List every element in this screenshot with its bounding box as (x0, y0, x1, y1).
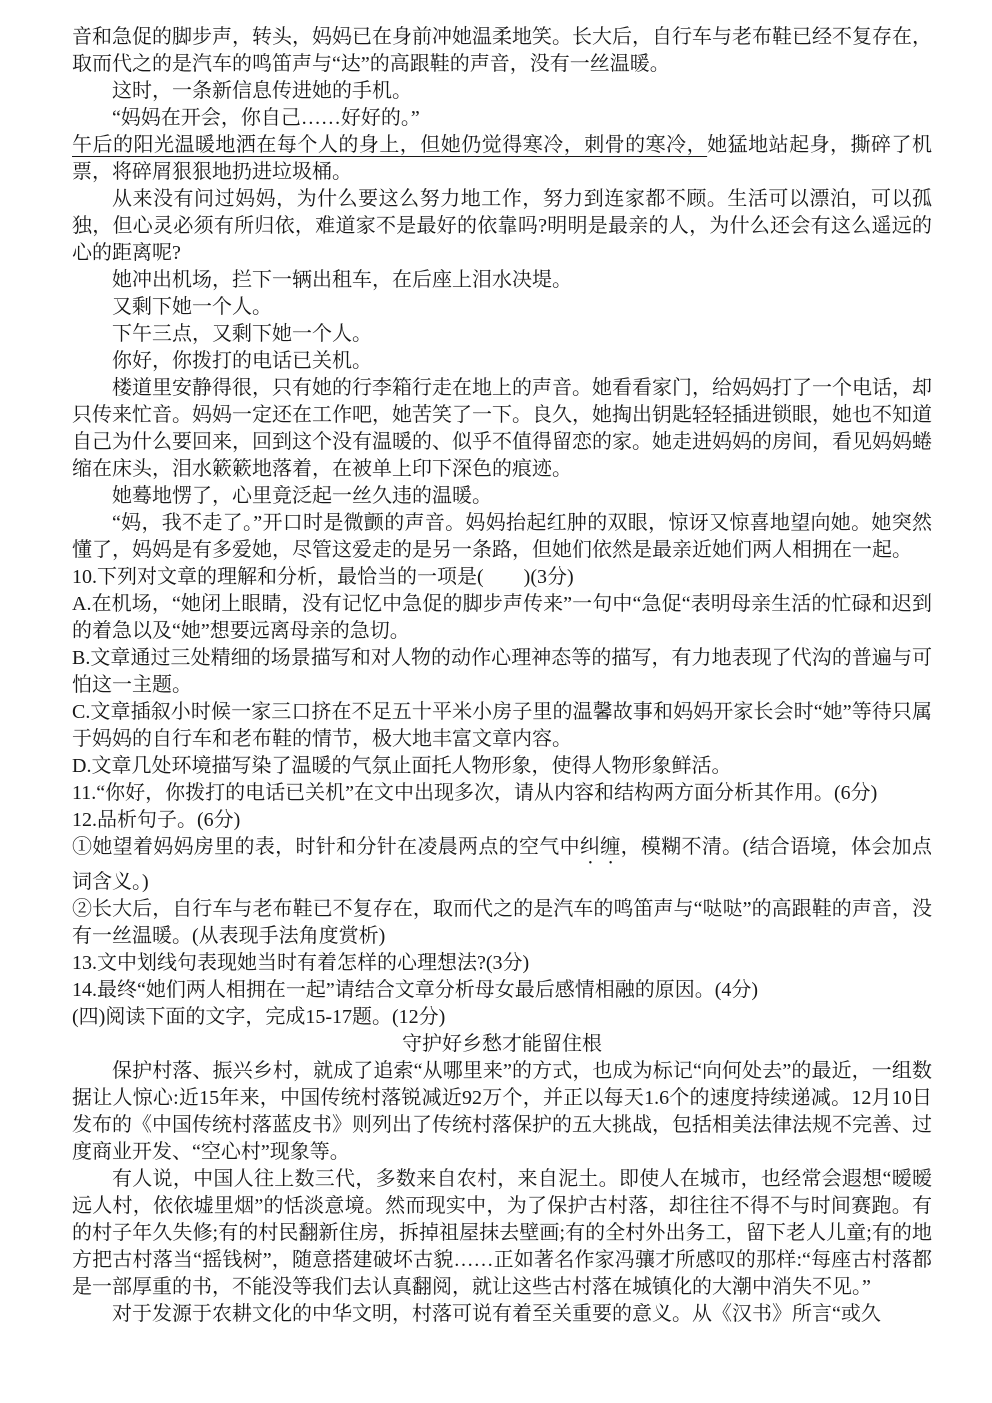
question-12: 12.品析句子。(6分) (72, 807, 932, 834)
question-13: 13.文中划线句表现她当时有着怎样的心理想法?(3分) (72, 950, 932, 977)
text-run: 楼道里安静得很，只有她的行李箱行走在地上的声音。她看看家门，给妈妈打了一个电话，… (72, 377, 932, 480)
text-run: 12.品析句子。(6分) (72, 809, 240, 831)
question-14: 14.最终“她们两人相拥在一起”请结合文章分析母女最后感情相融的原因。(4分) (72, 977, 932, 1004)
emphasized-word: 纠缠 (580, 836, 621, 858)
text-run: 下午三点，又剩下她一个人。 (112, 323, 372, 345)
text-run: A.在机场，“她闭上眼睛，没有记忆中急促的脚步声传来”一句中“急促“表明母亲生活… (72, 593, 932, 642)
body-paragraph: 对于发源于农耕文化的中华文明，村落可说有着至关重要的意义。从《汉书》所言“或久 (72, 1301, 932, 1328)
exam-page: 音和急促的脚步声，转头，妈妈已在身前冲她温柔地笑。长大后，自行车与老布鞋已经不复… (0, 0, 992, 1403)
body-paragraph-underlined: 午后的阳光温暖地洒在每个人的身上，但她仍觉得寒冷，刺骨的寒冷，她猛地站起身，撕碎… (72, 132, 932, 186)
text-run: 她冲出机场，拦下一辆出租车，在后座上泪水决堤。 (112, 269, 572, 291)
text-run: 13.文中划线句表现她当时有着怎样的心理想法?(3分) (72, 952, 529, 974)
body-paragraph: 楼道里安静得很，只有她的行李箱行走在地上的声音。她看看家门，给妈妈打了一个电话，… (72, 375, 932, 483)
body-paragraph: 这时，一条新信息传进她的手机。 (72, 78, 932, 105)
question-10: 10.下列对文章的理解和分析，最恰当的一项是( )(3分) (72, 564, 932, 591)
body-paragraph: 音和急促的脚步声，转头，妈妈已在身前冲她温柔地笑。长大后，自行车与老布鞋已经不复… (72, 24, 932, 78)
body-paragraph: 她冲出机场，拦下一辆出租车，在后座上泪水决堤。 (72, 267, 932, 294)
body-paragraph: 保护村落、振兴乡村，就成了追索“从哪里来”的方式，也成为标记“向何处去”的最近，… (72, 1058, 932, 1166)
option-c: C.文章插叙小时候一家三口挤在不足五十平米小房子里的温馨故事和妈妈开家长会时“她… (72, 699, 932, 753)
text-run: B.文章通过三处精细的场景描写和对人物的动作心理神态等的描写，有力地表现了代沟的… (72, 647, 932, 696)
document-body: 音和急促的脚步声，转头，妈妈已在身前冲她温柔地笑。长大后，自行车与老布鞋已经不复… (72, 24, 932, 1328)
text-run: 有人说，中国人往上数三代，多数来自农村，来自泥土。即使人在城市，也经常会遐想“暧… (72, 1168, 932, 1298)
body-paragraph: 下午三点，又剩下她一个人。 (72, 321, 932, 348)
option-d: D.文章几处环境描写染了温暖的气氛止面托人物形象，使得人物形象鲜活。 (72, 753, 932, 780)
text-run: 这时，一条新信息传进她的手机。 (112, 80, 412, 102)
section-4-instruction: (四)阅读下面的文字，完成15-17题。(12分) (72, 1004, 932, 1031)
text-run: 11.“你好，你拨打的电话已关机”在文中出现多次，请从内容和结构两方面分析其作用… (72, 782, 877, 804)
text-run: ①她望着妈妈房里的表，时针和分针在凌晨两点的空气中 (72, 836, 580, 858)
text-run: (四)阅读下面的文字，完成15-17题。(12分) (72, 1006, 445, 1028)
question-12-item-1: ①她望着妈妈房里的表，时针和分针在凌晨两点的空气中纠缠，模糊不清。(结合语境，体… (72, 834, 932, 896)
text-run: “妈，我不走了。”开口时是微颤的声音。妈妈抬起红肿的双眼，惊讶又惊喜地望向她。她… (72, 512, 932, 561)
text-run: D.文章几处环境描写染了温暖的气氛止面托人物形象，使得人物形象鲜活。 (72, 755, 731, 777)
question-12-item-2: ②长大后，自行车与老布鞋已不复存在，取而代之的是汽车的鸣笛声与“哒哒”的高跟鞋的… (72, 896, 932, 950)
text-run: ②长大后，自行车与老布鞋已不复存在，取而代之的是汽车的鸣笛声与“哒哒”的高跟鞋的… (72, 898, 932, 947)
text-run: 14.最终“她们两人相拥在一起”请结合文章分析母女最后感情相融的原因。(4分) (72, 979, 758, 1001)
text-run: 她蓦地愣了，心里竟泛起一丝久违的温暖。 (112, 485, 492, 507)
body-paragraph: “妈妈在开会，你自己……好好的。” (72, 105, 932, 132)
text-run: 你好，你拨打的电话已关机。 (112, 350, 372, 372)
text-run: 音和急促的脚步声，转头，妈妈已在身前冲她温柔地笑。长大后，自行车与老布鞋已经不复… (72, 26, 932, 75)
body-paragraph: 又剩下她一个人。 (72, 294, 932, 321)
question-11: 11.“你好，你拨打的电话已关机”在文中出现多次，请从内容和结构两方面分析其作用… (72, 780, 932, 807)
option-a: A.在机场，“她闭上眼睛，没有记忆中急促的脚步声传来”一句中“急促“表明母亲生活… (72, 591, 932, 645)
body-paragraph: 她蓦地愣了，心里竟泛起一丝久违的温暖。 (72, 483, 932, 510)
body-paragraph: 你好，你拨打的电话已关机。 (72, 348, 932, 375)
text-run: 保护村落、振兴乡村，就成了追索“从哪里来”的方式，也成为标记“向何处去”的最近，… (72, 1060, 932, 1163)
text-run: 10.下列对文章的理解和分析，最恰当的一项是( )(3分) (72, 566, 574, 588)
passage-title: 守护好乡愁才能留住根 (72, 1031, 932, 1058)
underlined-sentence: 午后的阳光温暖地洒在每个人的身上，但她仍觉得寒冷，刺骨的寒冷， (72, 134, 707, 156)
text-run: 守护好乡愁才能留住根 (402, 1033, 602, 1055)
text-run: 从来没有问过妈妈，为什么要这么努力地工作，努力到连家都不顾。生活可以漂泊，可以孤… (72, 188, 932, 264)
option-b: B.文章通过三处精细的场景描写和对人物的动作心理神态等的描写，有力地表现了代沟的… (72, 645, 932, 699)
body-paragraph: 有人说，中国人往上数三代，多数来自农村，来自泥土。即使人在城市，也经常会遐想“暧… (72, 1166, 932, 1301)
text-run: “妈妈在开会，你自己……好好的。” (112, 107, 420, 129)
body-paragraph: 从来没有问过妈妈，为什么要这么努力地工作，努力到连家都不顾。生活可以漂泊，可以孤… (72, 186, 932, 267)
body-paragraph: “妈，我不走了。”开口时是微颤的声音。妈妈抬起红肿的双眼，惊讶又惊喜地望向她。她… (72, 510, 932, 564)
text-run: C.文章插叙小时候一家三口挤在不足五十平米小房子里的温馨故事和妈妈开家长会时“她… (72, 701, 932, 750)
text-run: 对于发源于农耕文化的中华文明，村落可说有着至关重要的意义。从《汉书》所言“或久 (112, 1303, 881, 1325)
text-run: 又剩下她一个人。 (112, 296, 272, 318)
